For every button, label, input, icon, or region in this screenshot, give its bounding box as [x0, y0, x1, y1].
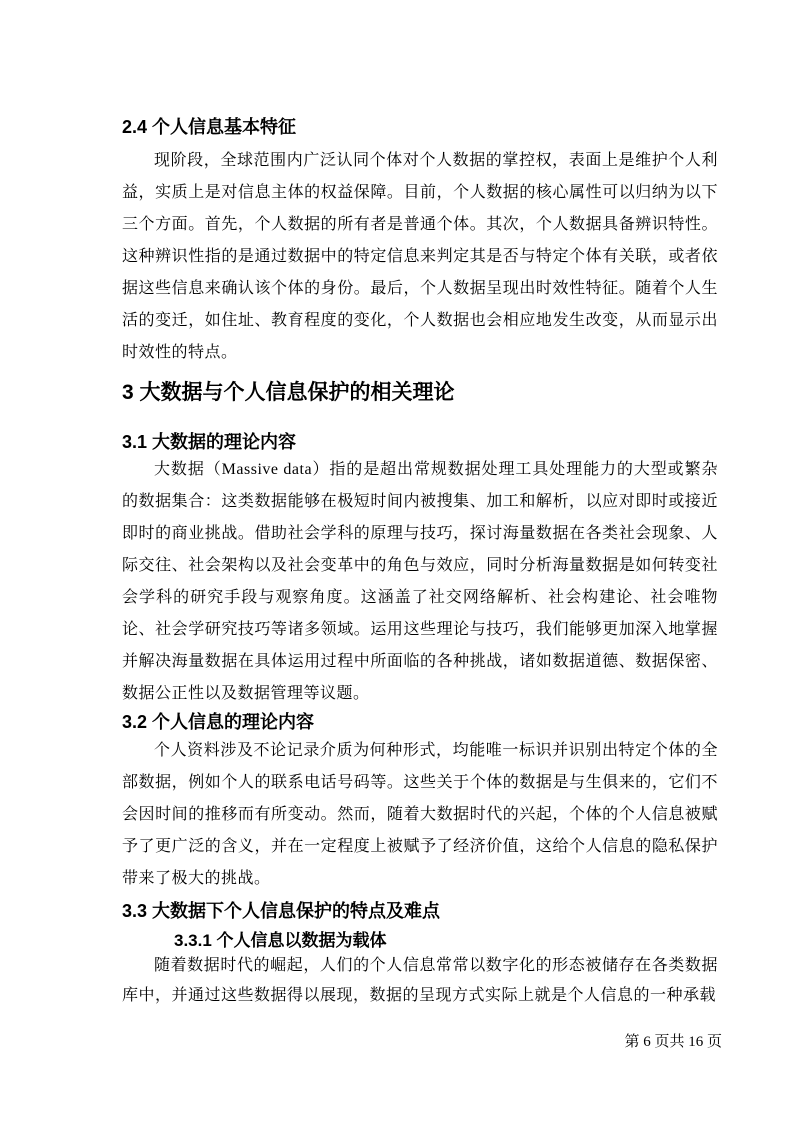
section-heading-3-2: 3.2 个人信息的理论内容	[122, 710, 314, 734]
subsection-heading-3-3-1: 3.3.1 个人信息以数据为载体	[174, 930, 387, 952]
page-number-indicator: 第 6 页共 16 页	[624, 1031, 722, 1053]
paragraph-data-as-carrier: 随着数据时代的崛起，人们的个人信息常常以数字化的形态被储存在各类数据库中，并通过…	[122, 951, 718, 1011]
document-page: 2.4 个人信息基本特征 现阶段，全球范围内广泛认同个体对个人数据的掌控权，表面…	[0, 0, 793, 1122]
paragraph-personal-info-theory: 个人资料涉及不论记录介质为何种形式，均能唯一标识并识别出特定个体的全部数据，例如…	[122, 735, 718, 895]
section-heading-2-4: 2.4 个人信息基本特征	[122, 115, 296, 139]
chapter-heading-3: 3 大数据与个人信息保护的相关理论	[122, 379, 455, 407]
paragraph-big-data-theory: 大数据（Massive data）指的是超出常规数据处理工具处理能力的大型或繁杂…	[122, 454, 718, 710]
paragraph-personal-info-features: 现阶段，全球范围内广泛认同个体对个人数据的掌控权，表面上是维护个人利益，实质上是…	[122, 145, 718, 369]
section-heading-3-3: 3.3 大数据下个人信息保护的特点及难点	[122, 899, 440, 923]
section-heading-3-1: 3.1 大数据的理论内容	[122, 430, 296, 454]
